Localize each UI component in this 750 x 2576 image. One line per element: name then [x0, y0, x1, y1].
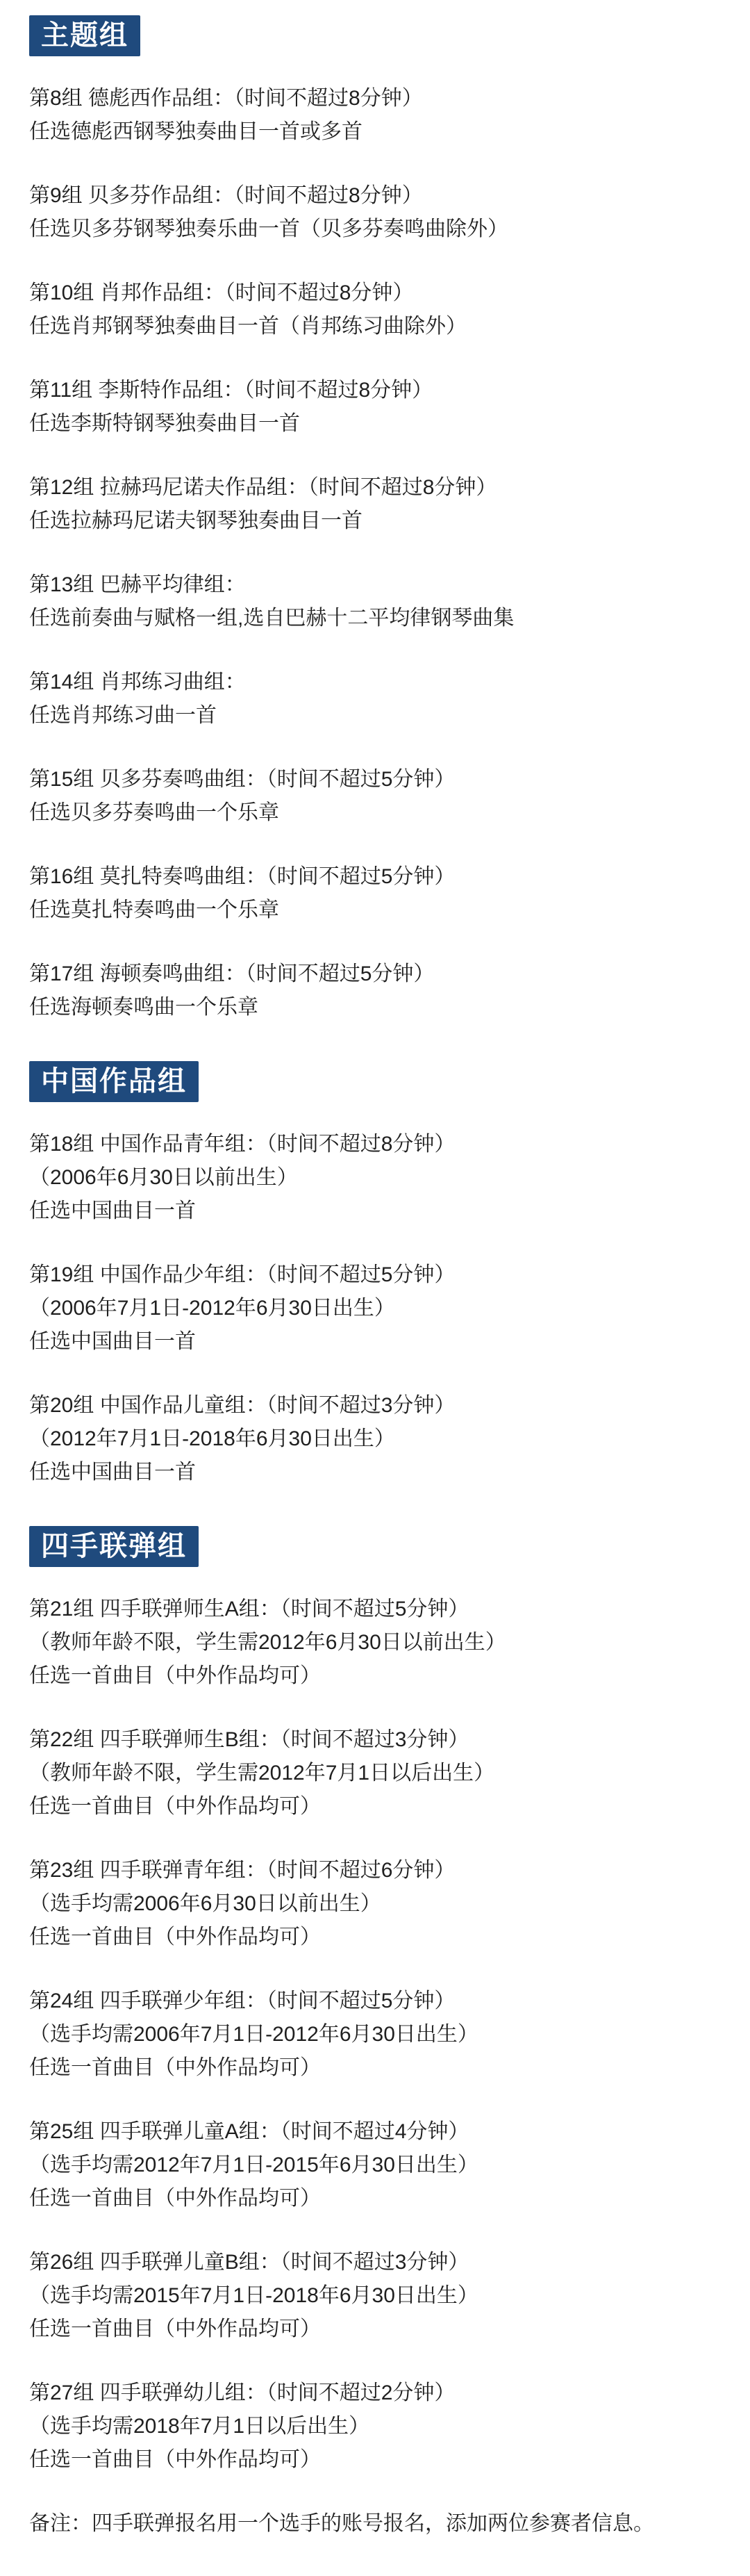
group-item: 第9组 贝多芬作品组：（时间不超过8分钟）任选贝多芬钢琴独奏乐曲一首（贝多芬奏鸣… [29, 186, 722, 240]
group-requirement-line: 任选肖邦练习曲一首 [29, 705, 722, 726]
group-requirement-line: （选手均需2012年7月1日-2015年6月30日出生） [29, 2155, 722, 2176]
group-requirement-line: 任选一首曲目（中外作品均可） [29, 2058, 722, 2078]
group-requirement-line: （选手均需2006年6月30日以前出生） [29, 1894, 722, 1914]
group-requirement-line: 任选贝多芬奏鸣曲一个乐章 [29, 803, 722, 823]
group-item: 第14组 肖邦练习曲组：任选肖邦练习曲一首 [29, 672, 722, 726]
group-item: 第12组 拉赫玛尼诺夫作品组：（时间不超过8分钟）任选拉赫玛尼诺夫钢琴独奏曲目一… [29, 477, 722, 532]
group-requirement-line: 任选一首曲目（中外作品均可） [29, 2450, 722, 2470]
group-requirement-line: 任选德彪西钢琴独奏曲目一首或多首 [29, 122, 722, 142]
group-item: 第18组 中国作品青年组：（时间不超过8分钟）（2006年6月30日以前出生）任… [29, 1134, 722, 1222]
group-title: 第23组 四手联弹青年组：（时间不超过6分钟） [29, 1860, 722, 1881]
group-item: 第13组 巴赫平均律组：任选前奏曲与赋格一组,选自巴赫十二平均律钢琴曲集 [29, 575, 722, 629]
section-header-badge: 四手联弹组 [29, 1526, 199, 1567]
section-header-row: 中国作品组 [29, 1061, 722, 1102]
group-title: 第14组 肖邦练习曲组： [29, 672, 722, 693]
group-requirement-line: （选手均需2015年7月1日-2018年6月30日出生） [29, 2286, 722, 2306]
group-title: 第22组 四手联弹师生B组：（时间不超过3分钟） [29, 1730, 722, 1750]
group-item: 第15组 贝多芬奏鸣曲组：（时间不超过5分钟）任选贝多芬奏鸣曲一个乐章 [29, 769, 722, 823]
group-requirement-line: 任选一首曲目（中外作品均可） [29, 2188, 722, 2209]
group-requirement-line: 任选李斯特钢琴独奏曲目一首 [29, 413, 722, 434]
group-title: 第20组 中国作品儿童组：（时间不超过3分钟） [29, 1395, 722, 1416]
group-requirement-line: 任选莫扎特奏鸣曲一个乐章 [29, 900, 722, 921]
group-item: 第16组 莫扎特奏鸣曲组：（时间不超过5分钟）任选莫扎特奏鸣曲一个乐章 [29, 867, 722, 921]
group-title: 第25组 四手联弹儿童A组：（时间不超过4分钟） [29, 2122, 722, 2142]
group-title: 第24组 四手联弹少年组：（时间不超过5分钟） [29, 1991, 722, 2012]
group-item: 第22组 四手联弹师生B组：（时间不超过3分钟）（教师年龄不限，学生需2012年… [29, 1730, 722, 1817]
group-item: 第23组 四手联弹青年组：（时间不超过6分钟）（选手均需2006年6月30日以前… [29, 1860, 722, 1948]
group-requirement-line: 任选一首曲目（中外作品均可） [29, 1796, 722, 1817]
section-header-badge: 主题组 [29, 15, 140, 56]
group-requirement-line: 任选拉赫玛尼诺夫钢琴独奏曲目一首 [29, 511, 722, 532]
group-title: 第9组 贝多芬作品组：（时间不超过8分钟） [29, 186, 722, 206]
group-requirement-line: 任选中国曲目一首 [29, 1201, 722, 1222]
group-requirement-line: 任选肖邦钢琴独奏曲目一首（肖邦练习曲除外） [29, 316, 722, 337]
group-item: 第10组 肖邦作品组：（时间不超过8分钟）任选肖邦钢琴独奏曲目一首（肖邦练习曲除… [29, 283, 722, 337]
group-requirement-line: 任选一首曲目（中外作品均可） [29, 1666, 722, 1687]
section-header-row: 主题组 [29, 15, 722, 56]
group-item: 第24组 四手联弹少年组：（时间不超过5分钟）（选手均需2006年7月1日-20… [29, 1991, 722, 2078]
group-requirement-line: （2006年7月1日-2012年6月30日出生） [29, 1298, 722, 1319]
group-requirement-line: 任选海顿奏鸣曲一个乐章 [29, 997, 722, 1018]
group-item: 第17组 海顿奏鸣曲组：（时间不超过5分钟）任选海顿奏鸣曲一个乐章 [29, 964, 722, 1018]
sections-container: 主题组第8组 德彪西作品组：（时间不超过8分钟）任选德彪西钢琴独奏曲目一首或多首… [29, 15, 722, 2470]
group-item: 第27组 四手联弹幼儿组：（时间不超过2分钟）（选手均需2018年7月1日以后出… [29, 2383, 722, 2470]
group-requirement-line: （选手均需2006年7月1日-2012年6月30日出生） [29, 2024, 722, 2045]
group-title: 第12组 拉赫玛尼诺夫作品组：（时间不超过8分钟） [29, 477, 722, 498]
group-item: 第20组 中国作品儿童组：（时间不超过3分钟）（2012年7月1日-2018年6… [29, 1395, 722, 1483]
group-item: 第26组 四手联弹儿童B组：（时间不超过3分钟）（选手均需2015年7月1日-2… [29, 2252, 722, 2340]
group-requirement-line: （2006年6月30日以前出生） [29, 1167, 722, 1188]
group-requirement-line: 任选中国曲目一首 [29, 1331, 722, 1352]
group-requirement-line: （教师年龄不限，学生需2012年6月30日以前出生） [29, 1632, 722, 1653]
group-title: 第26组 四手联弹儿童B组：（时间不超过3分钟） [29, 2252, 722, 2273]
group-title: 第8组 德彪西作品组：（时间不超过8分钟） [29, 88, 722, 109]
footnote: 备注：四手联弹报名用一个选手的账号报名，添加两位参赛者信息。 [29, 2513, 722, 2534]
group-title: 第17组 海顿奏鸣曲组：（时间不超过5分钟） [29, 964, 722, 985]
group-requirement-line: 任选一首曲目（中外作品均可） [29, 2319, 722, 2340]
group-title: 第16组 莫扎特奏鸣曲组：（时间不超过5分钟） [29, 867, 722, 887]
group-requirement-line: 任选一首曲目（中外作品均可） [29, 1927, 722, 1948]
group-requirement-line: 任选贝多芬钢琴独奏乐曲一首（贝多芬奏鸣曲除外） [29, 219, 722, 240]
section-header-badge: 中国作品组 [29, 1061, 199, 1102]
group-title: 第27组 四手联弹幼儿组：（时间不超过2分钟） [29, 2383, 722, 2404]
group-title: 第11组 李斯特作品组：（时间不超过8分钟） [29, 380, 722, 401]
group-item: 第21组 四手联弹师生A组：（时间不超过5分钟）（教师年龄不限，学生需2012年… [29, 1599, 722, 1687]
group-requirement-line: 任选前奏曲与赋格一组,选自巴赫十二平均律钢琴曲集 [29, 608, 722, 629]
section-3: 四手联弹组第21组 四手联弹师生A组：（时间不超过5分钟）（教师年龄不限，学生需… [29, 1526, 722, 2470]
group-title: 第21组 四手联弹师生A组：（时间不超过5分钟） [29, 1599, 722, 1620]
section-1: 主题组第8组 德彪西作品组：（时间不超过8分钟）任选德彪西钢琴独奏曲目一首或多首… [29, 15, 722, 1018]
group-item: 第19组 中国作品少年组：（时间不超过5分钟）（2006年7月1日-2012年6… [29, 1265, 722, 1352]
group-title: 第10组 肖邦作品组：（时间不超过8分钟） [29, 283, 722, 304]
section-header-row: 四手联弹组 [29, 1526, 722, 1567]
group-item: 第8组 德彪西作品组：（时间不超过8分钟）任选德彪西钢琴独奏曲目一首或多首 [29, 88, 722, 142]
group-title: 第19组 中国作品少年组：（时间不超过5分钟） [29, 1265, 722, 1286]
group-requirement-line: 任选中国曲目一首 [29, 1462, 722, 1483]
group-title: 第15组 贝多芬奏鸣曲组：（时间不超过5分钟） [29, 769, 722, 790]
competition-groups-document: 主题组第8组 德彪西作品组：（时间不超过8分钟）任选德彪西钢琴独奏曲目一首或多首… [0, 0, 750, 2576]
group-item: 第25组 四手联弹儿童A组：（时间不超过4分钟）（选手均需2012年7月1日-2… [29, 2122, 722, 2209]
group-title: 第13组 巴赫平均律组： [29, 575, 722, 596]
group-requirement-line: （教师年龄不限，学生需2012年7月1日以后出生） [29, 1763, 722, 1784]
group-requirement-line: （2012年7月1日-2018年6月30日出生） [29, 1429, 722, 1450]
section-2: 中国作品组第18组 中国作品青年组：（时间不超过8分钟）（2006年6月30日以… [29, 1061, 722, 1483]
group-requirement-line: （选手均需2018年7月1日以后出生） [29, 2416, 722, 2437]
group-title: 第18组 中国作品青年组：（时间不超过8分钟） [29, 1134, 722, 1155]
group-item: 第11组 李斯特作品组：（时间不超过8分钟）任选李斯特钢琴独奏曲目一首 [29, 380, 722, 434]
